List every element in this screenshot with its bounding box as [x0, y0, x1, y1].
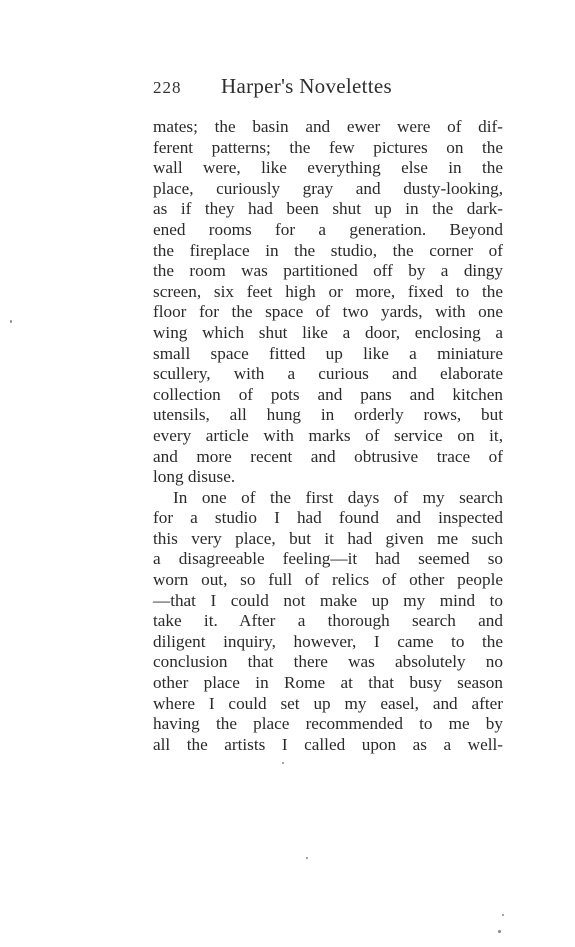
text-line: wall were, like everything else in the [153, 158, 503, 179]
text-line: utensils, all hung in orderly rows, but [153, 405, 503, 426]
scan-speck [10, 320, 12, 323]
text-line: ferent patterns; the few pictures on the [153, 138, 503, 159]
text-line: take it. After a thorough search and [153, 611, 503, 632]
text-line: mates; the basin and ewer were of dif- [153, 117, 503, 138]
text-line: other place in Rome at that busy season [153, 673, 503, 694]
text-line: every article with marks of service on i… [153, 426, 503, 447]
scan-speck [498, 930, 501, 933]
text-line: —that I could not make up my mind to [153, 591, 503, 612]
page-number: 228 [153, 78, 182, 98]
text-line: scullery, with a curious and elaborate [153, 364, 503, 385]
page-header: 228 Harper's Novelettes [153, 74, 503, 102]
body-text: mates; the basin and ewer were of dif- f… [153, 117, 503, 755]
text-line: having the place recommended to me by [153, 714, 503, 735]
text-line: ened rooms for a generation. Beyond [153, 220, 503, 241]
text-line: screen, six feet high or more, fixed to … [153, 282, 503, 303]
scan-speck [502, 914, 504, 916]
text-line: a disagreeable feeling—it had seemed so [153, 549, 503, 570]
text-line: this very place, but it had given me suc… [153, 529, 503, 550]
text-line: conclusion that there was absolutely no [153, 652, 503, 673]
scan-speck [306, 857, 308, 859]
text-line: and more recent and obtrusive trace of [153, 447, 503, 468]
text-line: place, curiously gray and dusty-looking, [153, 179, 503, 200]
text-line: diligent inquiry, however, I came to the [153, 632, 503, 653]
text-line: collection of pots and pans and kitchen [153, 385, 503, 406]
scan-speck [282, 762, 284, 764]
text-line: long disuse. [153, 467, 503, 488]
text-line: where I could set up my easel, and after [153, 694, 503, 715]
text-line: wing which shut like a door, enclosing a [153, 323, 503, 344]
text-line: the fireplace in the studio, the corner … [153, 241, 503, 262]
running-title: Harper's Novelettes [221, 74, 392, 99]
text-line: all the artists I called upon as a well- [153, 735, 503, 756]
text-line: floor for the space of two yards, with o… [153, 302, 503, 323]
text-line: for a studio I had found and inspected [153, 508, 503, 529]
text-line: as if they had been shut up in the dark- [153, 199, 503, 220]
text-line: small space fitted up like a miniature [153, 344, 503, 365]
paragraph-1: mates; the basin and ewer were of dif- f… [153, 117, 503, 488]
text-line: In one of the first days of my search [153, 488, 503, 509]
text-line: the room was partitioned off by a dingy [153, 261, 503, 282]
text-line: worn out, so full of relics of other peo… [153, 570, 503, 591]
paragraph-2: In one of the first days of my search fo… [153, 488, 503, 756]
